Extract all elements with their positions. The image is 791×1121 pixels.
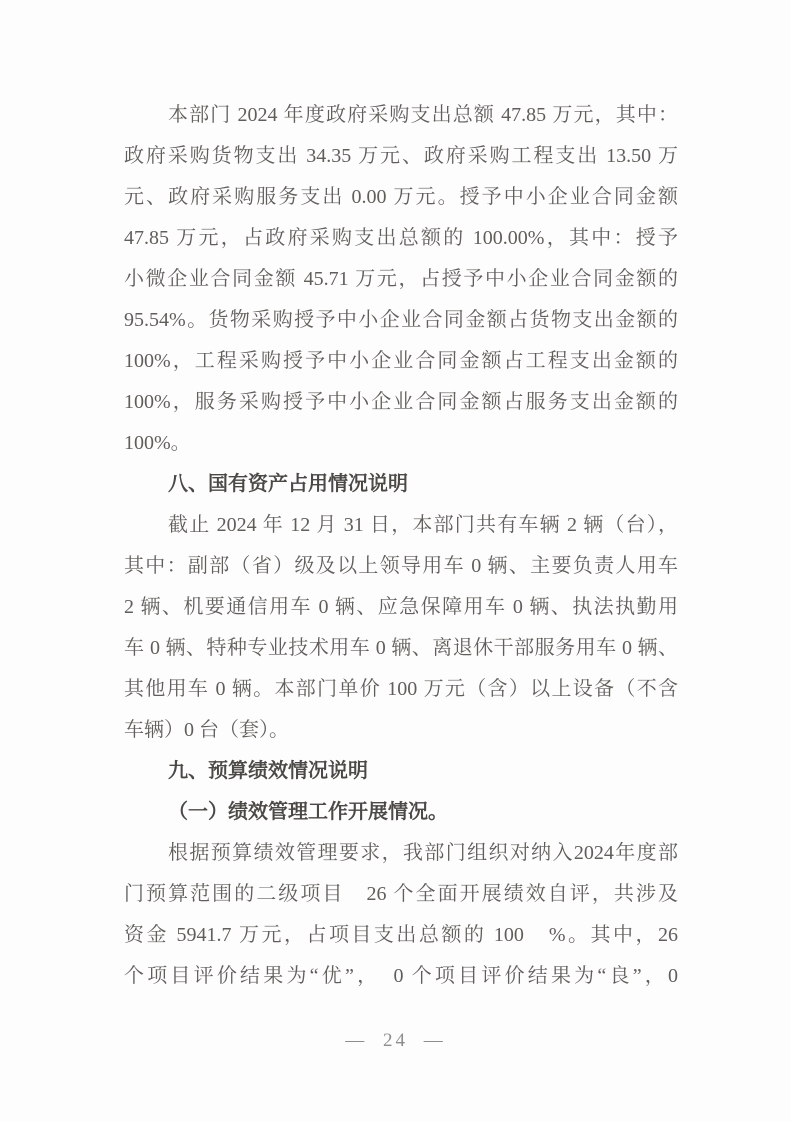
text-line: 100%，服务采购授予中小企业合同金额占服务支出金额的 xyxy=(124,382,678,423)
heading-section-8-state-assets: 八、国有资产占用情况说明 xyxy=(124,464,678,505)
text-line: 元、政府采购服务支出 0.00 万元。授予中小企业合同金额 xyxy=(124,177,678,218)
document-page: 本部门 2024 年度政府采购支出总额 47.85 万元，其中：政府采购货物支出… xyxy=(0,0,791,1121)
text-line: 车 0 辆、特种专业技术用车 0 辆、离退休干部服务用车 0 辆、 xyxy=(124,628,678,669)
text-line: 其他用车 0 辆。本部门单价 100 万元（含）以上设备（不含 xyxy=(124,669,678,710)
text-line: 47.85 万元，占政府采购支出总额的 100.00%，其中：授予 xyxy=(124,218,678,259)
text-line: 根据预算绩效管理要求，我部门组织对纳入2024年度部 xyxy=(124,833,678,874)
page-number: — 24 — xyxy=(345,1030,446,1051)
text-line: 本部门 2024 年度政府采购支出总额 47.85 万元，其中： xyxy=(124,95,678,136)
document-content: 本部门 2024 年度政府采购支出总额 47.85 万元，其中：政府采购货物支出… xyxy=(124,95,678,997)
text-line: 政府采购货物支出 34.35 万元、政府采购工程支出 13.50 万 xyxy=(124,136,678,177)
para-government-procurement: 本部门 2024 年度政府采购支出总额 47.85 万元，其中：政府采购货物支出… xyxy=(124,95,678,464)
text-line: 门预算范围的二级项目 26 个全面开展绩效自评，共涉及 xyxy=(124,874,678,915)
text-line: 截止 2024 年 12 月 31 日，本部门共有车辆 2 辆（台）， xyxy=(124,505,678,546)
text-line: 2 辆、机要通信用车 0 辆、应急保障用车 0 辆、执法执勤用 xyxy=(124,587,678,628)
text-line: 100%，工程采购授予中小企业合同金额占工程支出金额的 xyxy=(124,341,678,382)
heading-section-9-budget-performance: 九、预算绩效情况说明 xyxy=(124,751,678,792)
text-line: 车辆）0 台（套）。 xyxy=(124,710,678,751)
page-footer: — 24 — xyxy=(0,1030,791,1052)
subheading-performance-management: （一）绩效管理工作开展情况。 xyxy=(124,792,678,833)
text-line: 资金 5941.7 万元，占项目支出总额的 100 %。其中，26 xyxy=(124,915,678,956)
text-line: 个项目评价结果为“优”， 0 个项目评价结果为“良”，0 xyxy=(124,956,678,997)
text-line: 95.54%。货物采购授予中小企业合同金额占货物支出金额的 xyxy=(124,300,678,341)
para-performance-self-evaluation: 根据预算绩效管理要求，我部门组织对纳入2024年度部门预算范围的二级项目 26 … xyxy=(124,833,678,997)
text-line: 小微企业合同金额 45.71 万元，占授予中小企业合同金额的 xyxy=(124,259,678,300)
text-line: 100%。 xyxy=(124,423,678,464)
para-state-assets: 截止 2024 年 12 月 31 日，本部门共有车辆 2 辆（台），其中：副部… xyxy=(124,505,678,751)
text-line: 其中：副部（省）级及以上领导用车 0 辆、主要负责人用车 xyxy=(124,546,678,587)
